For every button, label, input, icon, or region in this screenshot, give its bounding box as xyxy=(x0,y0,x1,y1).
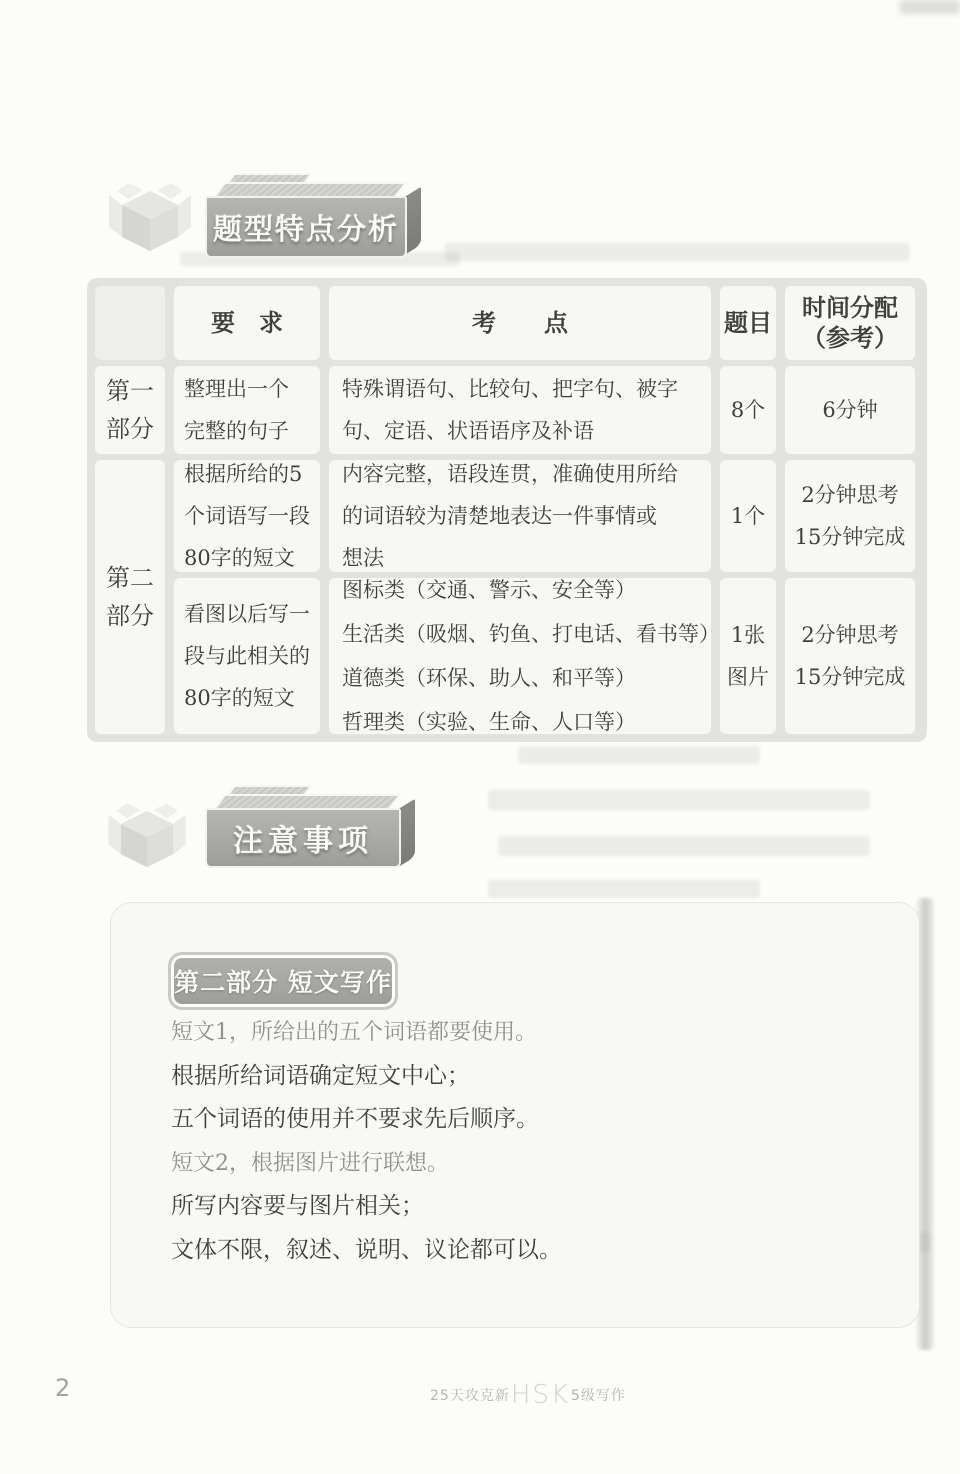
text-line: 内容完整，语段连贯，准确使用所给 xyxy=(342,453,711,495)
text-line: 哲理类（实验、生命、人口等） xyxy=(342,700,711,744)
text-line: 整理出一个 xyxy=(184,368,320,410)
open-box-icon xyxy=(99,177,201,267)
text-line: 句、定语、状语语序及补语 xyxy=(342,410,711,452)
part-label: 第二部分 xyxy=(103,559,157,635)
scan-smudge xyxy=(900,0,960,14)
bleed-through-line xyxy=(488,790,870,810)
table-header-questions: 题目 xyxy=(720,286,776,360)
table-cell-points: 内容完整，语段连贯，准确使用所给 的词语较为清楚地表达一件事情或 想法 xyxy=(329,460,711,572)
notes-list: 短文1，所给出的五个词语都要使用。 根据所给词语确定短文中心； 五个词语的使用并… xyxy=(171,1011,889,1272)
text-line: 段与此相关的 xyxy=(184,635,320,677)
footer-title-suffix: 5级写作 xyxy=(571,1385,626,1405)
table-header-requirement: 要 求 xyxy=(174,286,320,360)
text-line: 根据所给的5 xyxy=(184,453,320,495)
table-cell-time: 6分钟 xyxy=(785,366,915,454)
note-line: 文体不限，叙述、说明、议论都可以。 xyxy=(171,1229,889,1273)
text-line: 的词语较为清楚地表达一件事情或 xyxy=(342,495,711,537)
question-type-table: 要 求 考 点 题目 时间分配 （参考） 第一部分 整理出一个 完整的句子 特殊… xyxy=(87,278,927,742)
text-line: 1个 xyxy=(731,495,765,537)
bleed-through-line xyxy=(445,243,910,261)
table-cell-points: 图标类（交通、警示、安全等） 生活类（吸烟、钓鱼、打电话、看书等） 道德类（环保… xyxy=(329,578,711,734)
text-line: 1张 xyxy=(731,614,765,656)
note-line: 根据所给词语确定短文中心； xyxy=(171,1055,889,1099)
part2-writing-badge: 第二部分 短文写作 xyxy=(168,952,398,1010)
table-cell-questions: 1张 图片 xyxy=(720,578,776,734)
table-header-time-line: 时间分配 xyxy=(802,293,898,323)
bleed-through-line xyxy=(498,836,870,856)
section-title-notes: 注意事项 xyxy=(205,808,401,868)
text-line: 个词语写一段 xyxy=(184,495,320,537)
table-header-part xyxy=(95,286,165,360)
text-line: 6分钟 xyxy=(822,389,877,431)
table-cell-part-1: 第一部分 xyxy=(95,366,165,454)
footer-book-title: 25天攻克新 HSK 5级写作 xyxy=(430,1380,626,1410)
footer-title-hsk: HSK xyxy=(511,1380,570,1410)
text-line: 看图以后写一 xyxy=(184,593,320,635)
text-line: 15分钟完成 xyxy=(795,656,906,698)
table-cell-questions: 1个 xyxy=(720,460,776,572)
text-line: 80字的短文 xyxy=(184,537,320,579)
text-line: 图标类（交通、警示、安全等） xyxy=(342,568,711,612)
scanned-book-page: 题型特点分析 要 求 考 点 题目 时间分配 （参考） 第一部分 整理出一个 完… xyxy=(0,0,960,1474)
text-line: 80字的短文 xyxy=(184,677,320,719)
note-line: 所写内容要与图片相关； xyxy=(171,1185,889,1229)
table-cell-questions: 8个 xyxy=(720,366,776,454)
table-header-points: 考 点 xyxy=(329,286,711,360)
notes-panel: 第二部分 短文写作 短文1，所给出的五个词语都要使用。 根据所给词语确定短文中心… xyxy=(110,902,920,1328)
table-cell-requirement: 整理出一个 完整的句子 xyxy=(174,366,320,454)
table-cell-requirement: 看图以后写一 段与此相关的 80字的短文 xyxy=(174,578,320,734)
section-title-analysis: 题型特点分析 xyxy=(205,196,407,258)
text-line: 完整的句子 xyxy=(184,410,320,452)
table-header-time: 时间分配 （参考） xyxy=(785,286,915,360)
note-line: 短文1，所给出的五个词语都要使用。 xyxy=(171,1011,889,1055)
section-banner-analysis: 题型特点分析 xyxy=(205,180,423,258)
page-number: 2 xyxy=(55,1374,70,1402)
table-header-time-line: （参考） xyxy=(802,323,898,353)
bleed-through-line xyxy=(518,746,760,764)
text-line: 8个 xyxy=(731,389,765,431)
text-line: 特殊谓语句、比较句、把字句、被字 xyxy=(342,368,711,410)
note-line: 五个词语的使用并不要求先后顺序。 xyxy=(171,1098,889,1142)
text-line: 图片 xyxy=(727,656,769,698)
open-box-icon xyxy=(99,797,195,883)
table-cell-points: 特殊谓语句、比较句、把字句、被字 句、定语、状语语序及补语 xyxy=(329,366,711,454)
table-cell-part-2: 第二部分 xyxy=(95,460,165,734)
table-cell-requirement: 根据所给的5 个词语写一段 80字的短文 xyxy=(174,460,320,572)
text-line: 2分钟思考 xyxy=(801,614,898,656)
part-label: 第一部分 xyxy=(103,372,157,448)
text-line: 2分钟思考 xyxy=(801,474,898,516)
footer-title-prefix: 25天攻克新 xyxy=(430,1385,510,1405)
text-line: 道德类（环保、助人、和平等） xyxy=(342,656,711,700)
text-line: 15分钟完成 xyxy=(795,516,906,558)
bleed-through-line xyxy=(488,880,760,898)
text-line: 生活类（吸烟、钓鱼、打电话、看书等） xyxy=(342,612,711,656)
section-banner-notes: 注意事项 xyxy=(205,792,417,868)
note-line: 短文2，根据图片进行联想。 xyxy=(171,1142,889,1186)
table-cell-time: 2分钟思考 15分钟完成 xyxy=(785,578,915,734)
table-cell-time: 2分钟思考 15分钟完成 xyxy=(785,460,915,572)
